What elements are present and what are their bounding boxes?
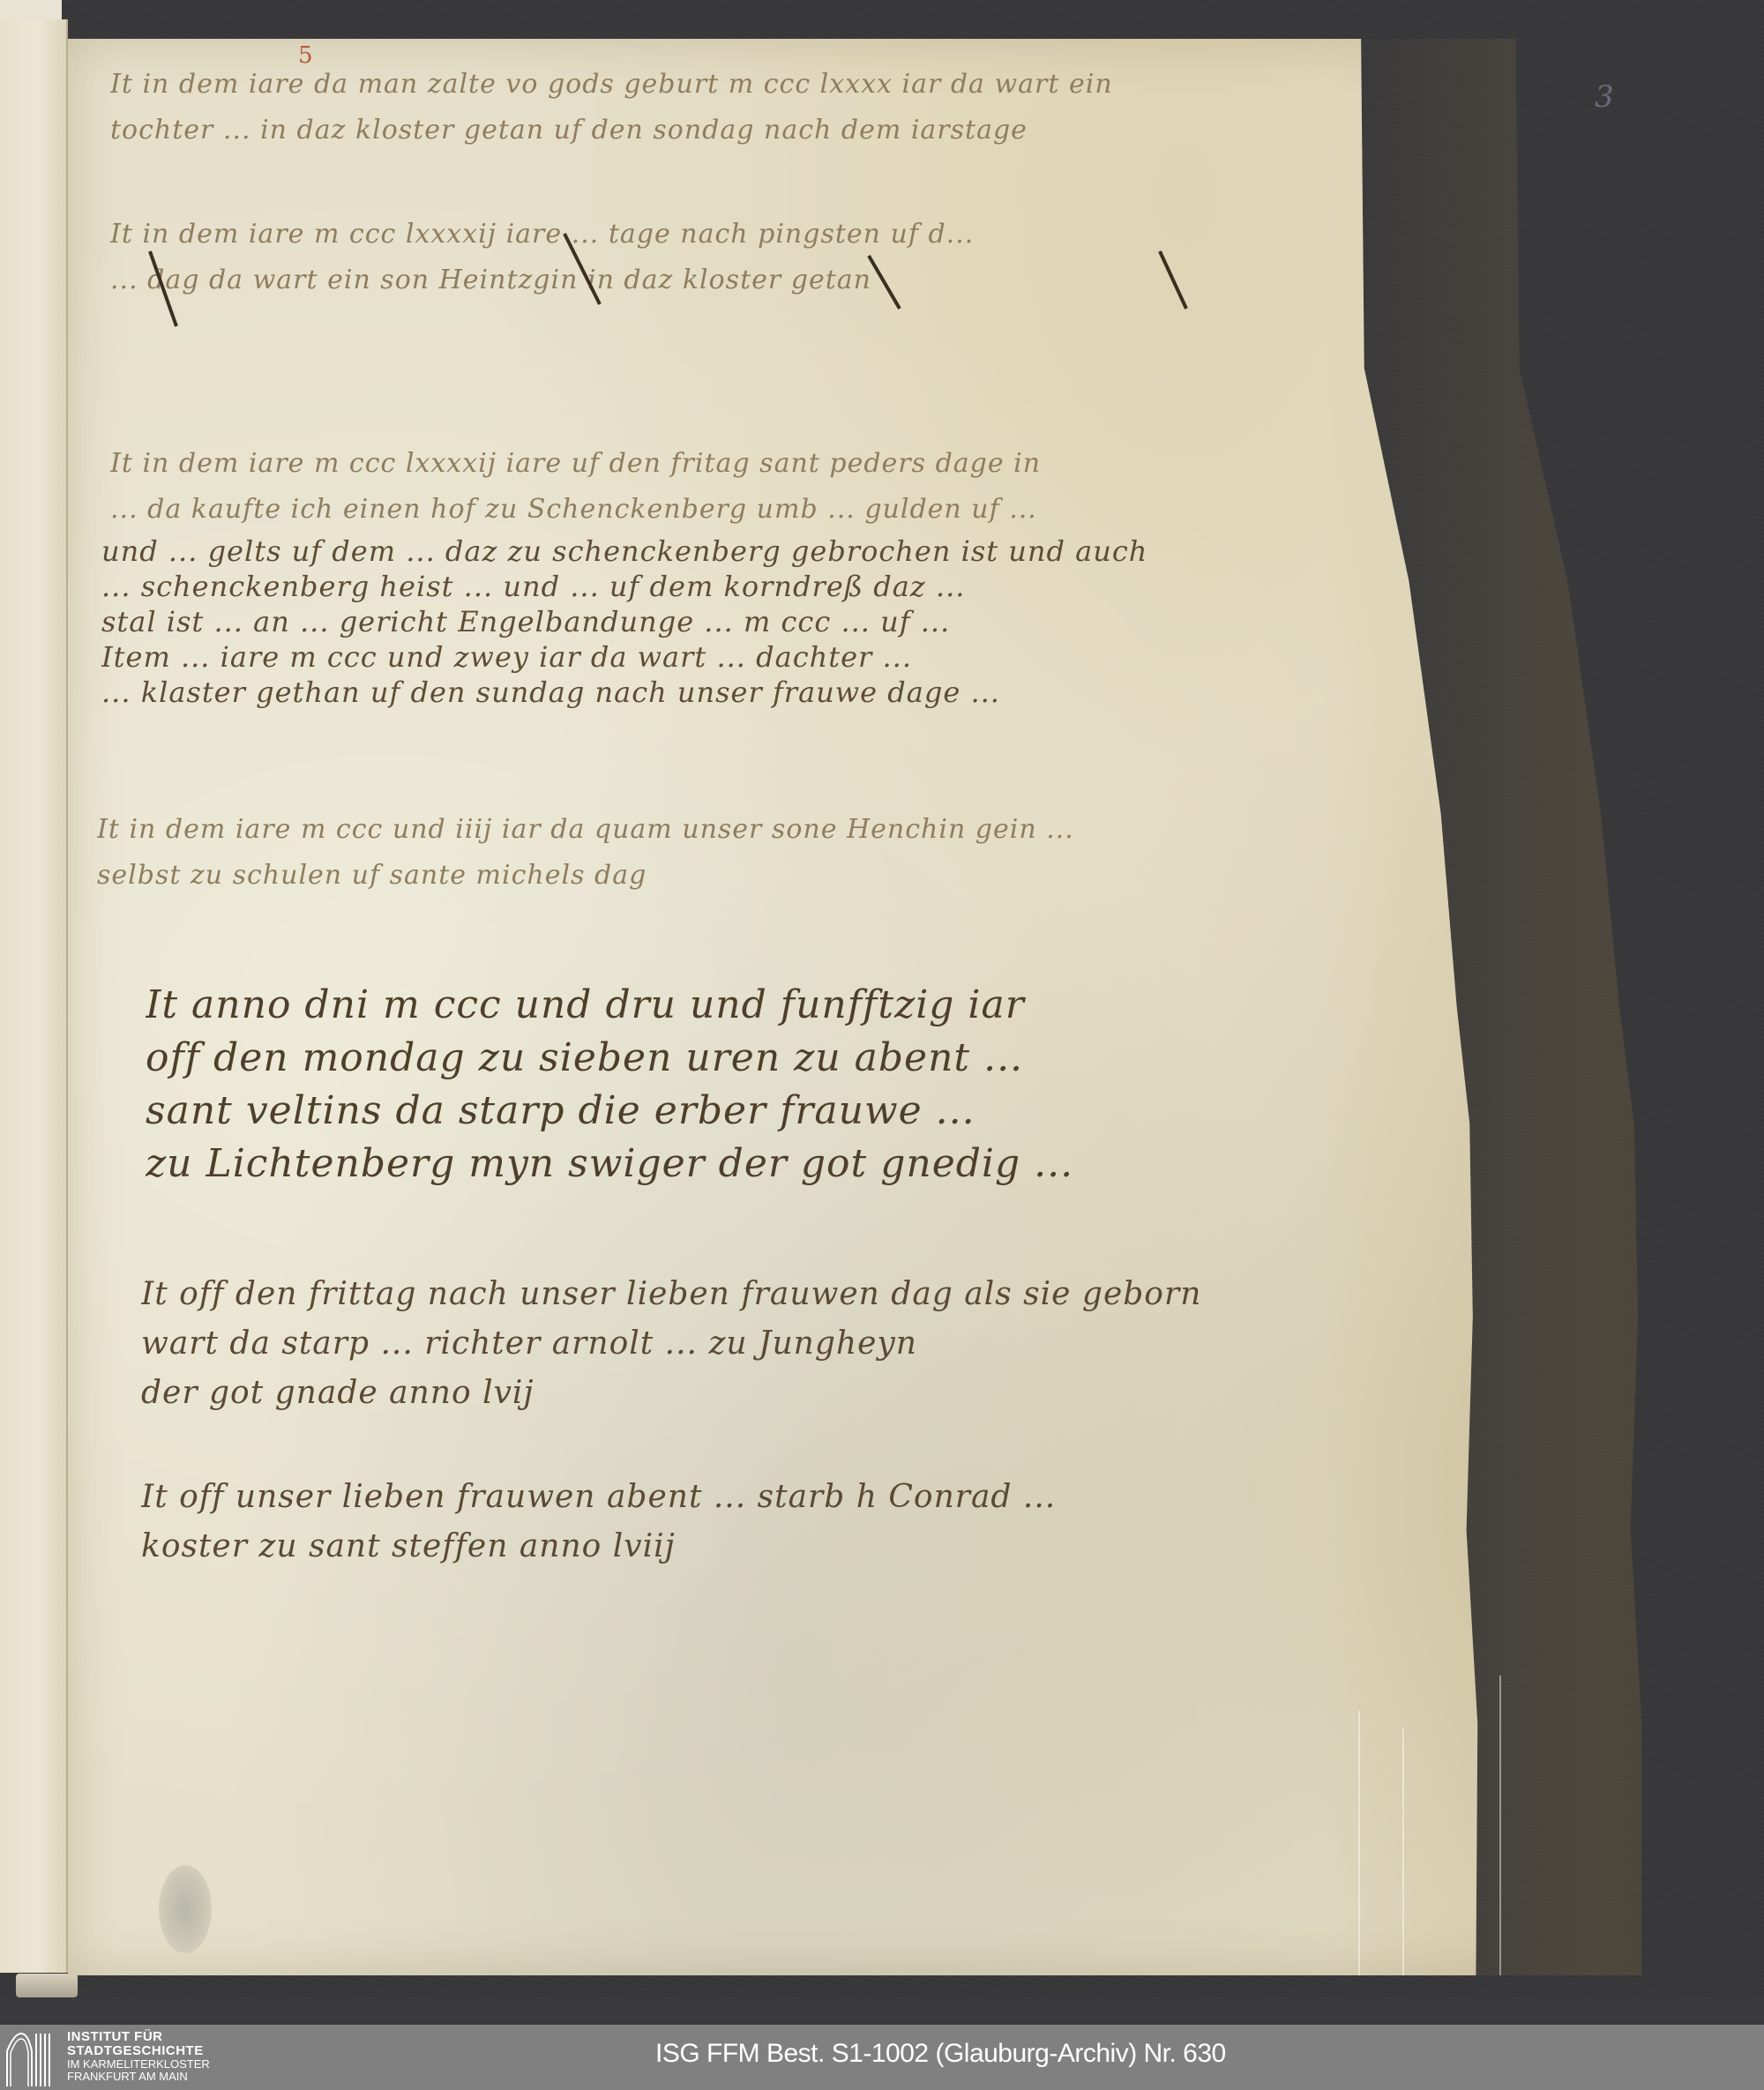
manuscript-entry-3-continuation: und ... gelts uf dem ... daz zu schencke… <box>101 534 1618 710</box>
manuscript-line: Item ... iare m ccc und zwey iar da wart… <box>101 639 1618 675</box>
manuscript-entry-6: It off den frittag nach unser lieben fra… <box>141 1270 1641 1418</box>
manuscript-line: selbst zu schulen uf sante michels dag <box>97 853 1552 899</box>
manuscript-entry-7: It off unser lieben frauwen abent ... st… <box>141 1473 1641 1571</box>
manuscript-line: It off den frittag nach unser lieben fra… <box>141 1270 1641 1319</box>
institution-line-2: STADTGESCHICHTE <box>67 2044 210 2058</box>
institution-line-1: INSTITUT FÜR <box>67 2030 210 2044</box>
gothic-arch-logo-icon <box>5 2032 58 2086</box>
manuscript-line: It off unser lieben frauwen abent ... st… <box>141 1473 1641 1522</box>
manuscript-entry-3: It in dem iare m ccc lxxxxij iare uf den… <box>110 441 1566 533</box>
manuscript-entry-5: It anno dni m ccc und dru und funfftzig … <box>146 979 1627 1191</box>
institution-name: INSTITUT FÜR STADTGESCHICHTE IM KARMELIT… <box>67 2030 210 2083</box>
manuscript-line: sant veltins da starp die erber frauwe .… <box>146 1085 1627 1138</box>
manuscript-line: It in dem iare m ccc lxxxxij iare uf den… <box>110 441 1566 487</box>
manuscript-line: der got gnade anno lvij <box>141 1369 1641 1418</box>
manuscript-line: It anno dni m ccc und dru und funfftzig … <box>146 979 1627 1032</box>
manuscript-line: wart da starp ... richter arnolt ... zu … <box>141 1319 1641 1369</box>
manuscript-line: It in dem iare m ccc und iiij iar da qua… <box>97 807 1552 853</box>
archive-signature: ISG FFM Best. S1-1002 (Glauburg-Archiv) … <box>655 2039 1226 2069</box>
manuscript-entry-4: It in dem iare m ccc und iiij iar da qua… <box>97 807 1552 899</box>
manuscript-line: ... da kaufte ich einen hof zu Schencken… <box>110 487 1566 533</box>
manuscript-line: off den mondag zu sieben uren zu abent .… <box>146 1032 1627 1085</box>
manuscript-line: ... klaster gethan uf den sundag nach un… <box>101 675 1618 710</box>
manuscript-line: und ... gelts uf dem ... daz zu schencke… <box>101 534 1618 569</box>
manuscript-line: ... schenckenberg heist ... und ... uf d… <box>101 569 1618 604</box>
manuscript-line: stal ist ... an ... gericht Engelbandung… <box>101 604 1618 639</box>
institution-line-3: IM KARMELITERKLOSTER <box>67 2058 210 2071</box>
archive-footer: INSTITUT FÜR STADTGESCHICHTE IM KARMELIT… <box>0 2025 1764 2090</box>
manuscript-line: koster zu sant steffen anno lviij <box>141 1522 1641 1571</box>
manuscript-line: zu Lichtenberg myn swiger der got gnedig… <box>146 1138 1627 1191</box>
institution-line-4: FRANKFURT AM MAIN <box>67 2071 210 2083</box>
